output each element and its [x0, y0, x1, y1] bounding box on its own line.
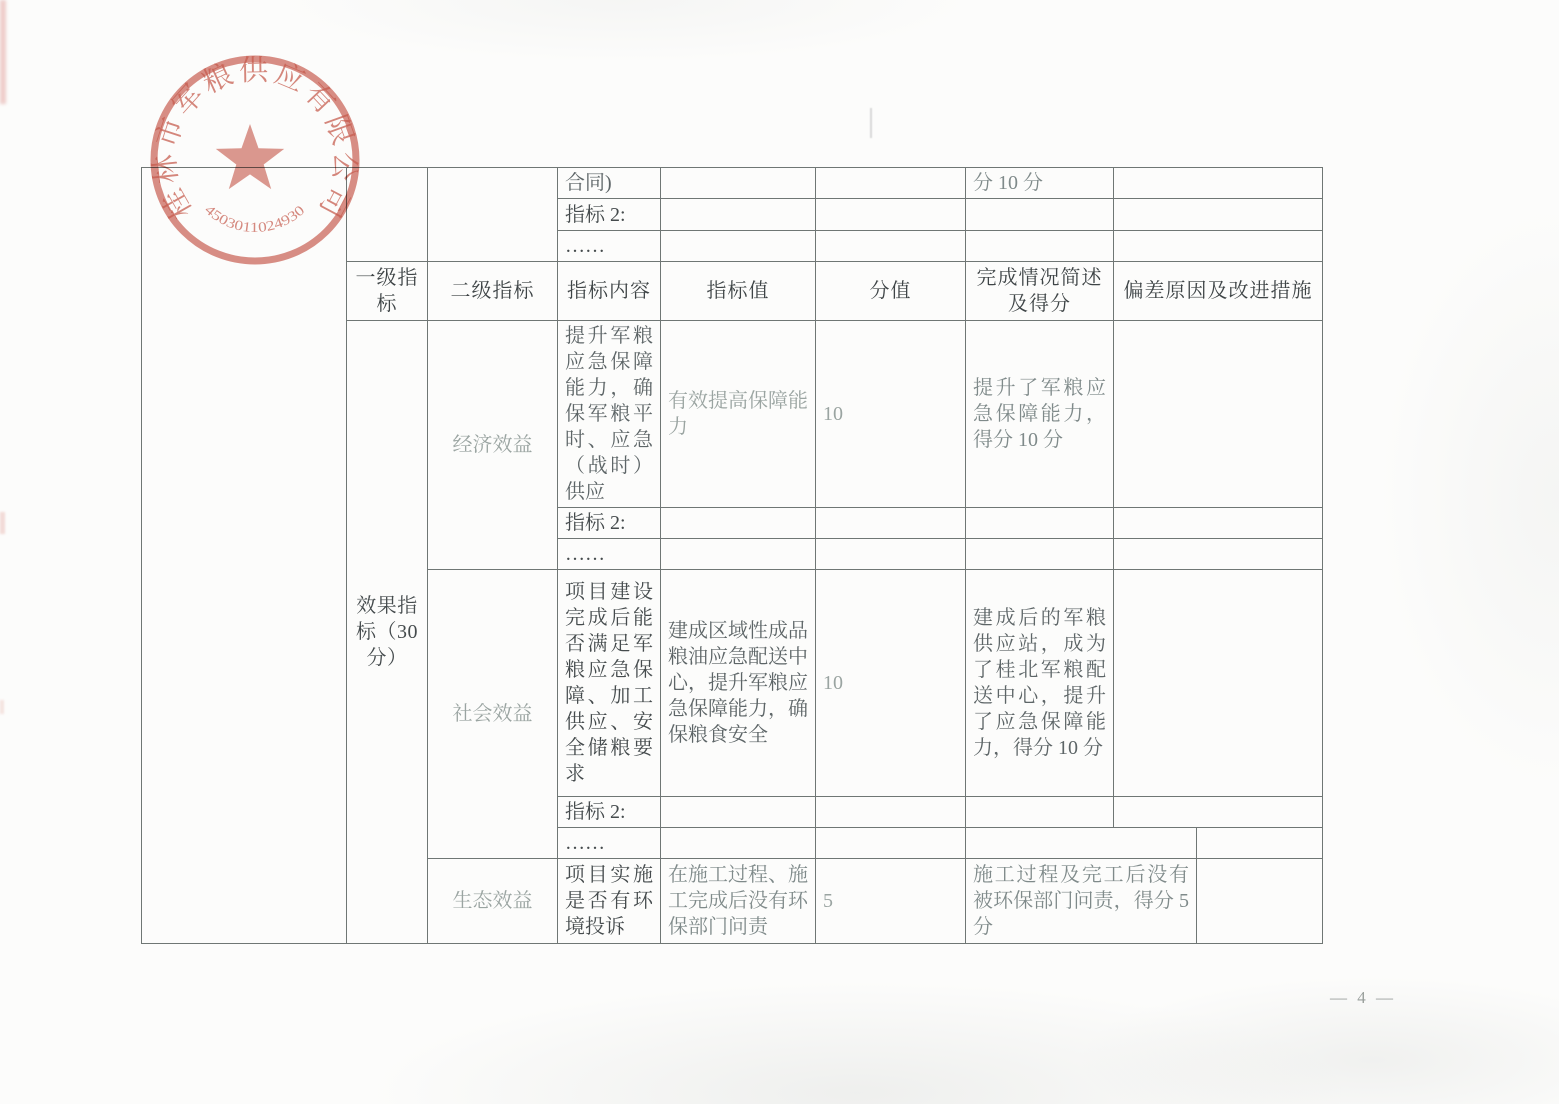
empty-cell	[1114, 539, 1323, 570]
indicator2-label-cell: 指标 2:	[558, 199, 661, 231]
empty-cell	[966, 199, 1114, 231]
empty-cell	[966, 508, 1114, 539]
empty-cell	[816, 797, 966, 828]
empty-cell	[966, 797, 1114, 828]
carryover-level2-cell	[428, 168, 558, 262]
header-level2: 二级指标	[428, 262, 558, 321]
red-ink-smudge	[0, 700, 4, 714]
empty-cell	[816, 828, 966, 859]
empty-cell	[966, 539, 1114, 570]
empty-cell	[1114, 508, 1323, 539]
scan-line-artifact	[870, 108, 872, 138]
stamp-serial-text: 4503011024930	[201, 203, 308, 236]
economic-content-cell: 提升军粮应急保障能力，确保军粮平时、应急（战时）供应	[558, 321, 661, 508]
ecological-completion-cell: 施工过程及完工后没有被环保部门问责，得分 5 分	[966, 859, 1197, 944]
empty-cell	[661, 828, 816, 859]
empty-cell	[1114, 168, 1323, 199]
empty-cell	[1114, 231, 1323, 262]
scanned-document-page: 合同) 分 10 分 指标 2: …… 一级指标 二级指标 指标内容 指标值 分…	[0, 0, 1559, 1104]
level2-social-cell: 社会效益	[428, 570, 558, 859]
empty-cell	[966, 231, 1114, 262]
empty-cell	[1114, 797, 1323, 828]
social-completion-cell: 建成后的军粮供应站，成为了桂北军粮配送中心，提升了应急保障能力，得分 10 分	[966, 570, 1114, 797]
ecological-score-cell: 5	[816, 859, 966, 944]
header-content: 指标内容	[558, 262, 661, 321]
empty-cell	[966, 828, 1197, 859]
economic-target-cell: 有效提高保障能力	[661, 321, 816, 508]
company-stamp: 桂林市军粮供应有限公司 4503011024930	[135, 40, 375, 280]
header-score: 分值	[816, 262, 966, 321]
ellipsis-cell: ……	[558, 828, 661, 859]
ellipsis-cell: ……	[558, 231, 661, 262]
empty-cell	[1114, 321, 1323, 508]
empty-cell	[1197, 859, 1323, 944]
empty-cell	[1114, 199, 1323, 231]
level2-ecological-cell: 生态效益	[428, 859, 558, 944]
stamp-star-icon	[216, 124, 284, 189]
empty-cell	[816, 199, 966, 231]
ellipsis-cell: ……	[558, 539, 661, 570]
economic-completion-cell: 提升了军粮应急保障能力，得分 10 分	[966, 321, 1114, 508]
ecological-target-cell: 在施工过程、施工完成后没有环保部门问责	[661, 859, 816, 944]
header-deviation: 偏差原因及改进措施	[1114, 262, 1323, 321]
empty-cell	[661, 797, 816, 828]
ecological-content-cell: 项目实施是否有环境投诉	[558, 859, 661, 944]
empty-cell	[661, 168, 816, 199]
header-target: 指标值	[661, 262, 816, 321]
red-ink-smudge	[0, 0, 6, 104]
empty-cell	[661, 231, 816, 262]
empty-cell	[1114, 570, 1323, 797]
empty-cell	[661, 199, 816, 231]
performance-indicator-table: 合同) 分 10 分 指标 2: …… 一级指标 二级指标 指标内容 指标值 分…	[141, 167, 1323, 944]
carryover-completion-cell: 分 10 分	[966, 168, 1114, 199]
empty-cell	[816, 539, 966, 570]
social-content-cell: 项目建设完成后能否满足军粮应急保障、加工供应、安全储粮要求	[558, 570, 661, 797]
empty-cell	[661, 539, 816, 570]
empty-cell	[1197, 828, 1323, 859]
empty-cell	[816, 231, 966, 262]
economic-score-cell: 10	[816, 321, 966, 508]
indicator2-label-cell: 指标 2:	[558, 508, 661, 539]
level2-economic-cell: 经济效益	[428, 321, 558, 570]
level1-effect-cell: 效果指标（30分）	[347, 321, 428, 944]
table-left-margin-cell	[142, 168, 347, 944]
indicator2-label-cell: 指标 2:	[558, 797, 661, 828]
page-number: — 4 —	[1330, 988, 1396, 1008]
social-target-cell: 建成区域性成品粮油应急配送中心，提升军粮应急保障能力，确保粮食安全	[661, 570, 816, 797]
empty-cell	[661, 508, 816, 539]
social-score-cell: 10	[816, 570, 966, 797]
header-completion: 完成情况简述及得分	[966, 262, 1114, 321]
empty-cell	[816, 168, 966, 199]
red-ink-smudge	[0, 512, 5, 534]
empty-cell	[816, 508, 966, 539]
carryover-content-cell: 合同)	[558, 168, 661, 199]
